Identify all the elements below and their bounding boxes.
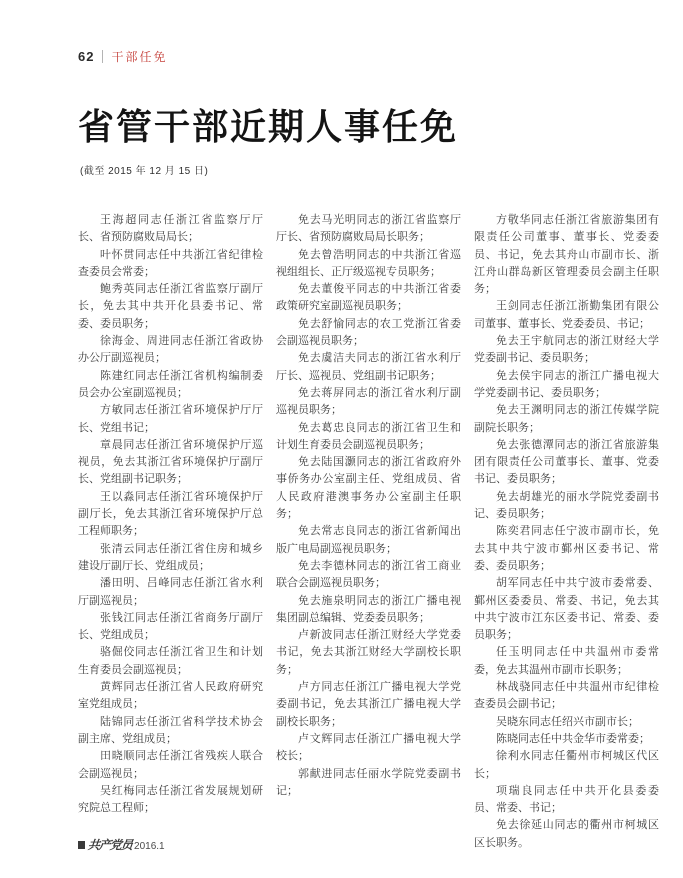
appointment-paragraph: 方敏同志任浙江省环境保护厅厅长、党组书记； — [78, 402, 263, 437]
appointment-paragraph: 章晨同志任浙江省环境保护厅巡视员，免去其浙江省环境保护厅副厅长、党组副书记职务； — [78, 437, 263, 489]
appointment-paragraph: 吴晓东同志任绍兴市副市长； — [474, 714, 659, 731]
appointment-paragraph: 陈建红同志任浙江省机构编制委员会办公室副巡视员； — [78, 368, 263, 403]
appointment-paragraph: 郭献进同志任丽水学院党委副书记； — [276, 766, 461, 801]
appointment-paragraph: 田晓顺同志任浙江省残疾人联合会副巡视员； — [78, 748, 263, 783]
appointment-paragraph: 方敬华同志任浙江省旅游集团有限责任公司董事、董事长、党委委员、书记，免去其舟山市… — [474, 212, 659, 298]
appointment-paragraph: 张清云同志任浙江省住房和城乡建设厅副厅长、党组成员； — [78, 541, 263, 576]
appointment-paragraph: 陆锦同志任浙江省科学技术协会副主席、党组成员； — [78, 714, 263, 749]
issue-number: 2016.1 — [134, 841, 165, 852]
appointment-paragraph: 免去陆国灏同志的浙江省政府外事侨务办公室副主任、党组成员、省人民政府港澳事务办公… — [276, 454, 461, 523]
appointment-paragraph: 林战骁同志任中共温州市纪律检查委员会副书记； — [474, 679, 659, 714]
appointment-paragraph: 免去张德潭同志的浙江省旅游集团有限责任公司董事长、董事、党委书记、委员职务； — [474, 437, 659, 489]
text-column-1: 王海超同志任浙江省监察厅厅长、省预防腐败局局长；叶怀贯同志任中共浙江省纪律检查委… — [78, 212, 263, 852]
appointment-paragraph: 陈奕君同志任宁波市副市长，免去其中共宁波市鄞州区委书记、常委、委员职务； — [474, 523, 659, 575]
magazine-name: 共产党员 — [87, 836, 133, 853]
article-title: 省管干部近期人事任免 — [78, 106, 458, 149]
appointment-paragraph: 免去葛忠良同志的浙江省卫生和计划生育委员会副巡视员职务； — [276, 420, 461, 455]
appointment-paragraph: 徐利水同志任衢州市柯城区代区长； — [474, 748, 659, 783]
appointment-paragraph: 卢文辉同志任浙江广播电视大学校长； — [276, 731, 461, 766]
appointment-paragraph: 免去舒愉同志的农工党浙江省委会副巡视员职务； — [276, 316, 461, 351]
section-label: 干部任免 — [111, 48, 167, 65]
appointment-paragraph: 骆倔佼同志任浙江省卫生和计划生育委员会副巡视员； — [78, 644, 263, 679]
appointment-paragraph: 吴红梅同志任浙江省发展规划研究院总工程师； — [78, 783, 263, 818]
header-divider — [102, 50, 103, 63]
appointment-paragraph: 徐海金、周进同志任浙江省政协办公厅副巡视员； — [78, 333, 263, 368]
magazine-logo-icon — [78, 841, 85, 849]
appointment-paragraph: 鲍秀英同志任浙江省监察厅副厅长，免去其中共开化县委书记、常委、委员职务； — [78, 281, 263, 333]
magazine-page: 62 干部任免 省管干部近期人事任免 (截至 2015 年 12 月 15 日)… — [0, 0, 683, 878]
appointment-paragraph: 免去董俊平同志的中共浙江省委政策研究室副巡视员职务； — [276, 281, 461, 316]
appointment-paragraph: 免去施泉明同志的浙江广播电视集团副总编辑、党委委员职务； — [276, 593, 461, 628]
appointment-paragraph: 免去胡雄光的丽水学院党委副书记、委员职务； — [474, 489, 659, 524]
appointment-paragraph: 免去王宇航同志的浙江财经大学党委副书记、委员职务； — [474, 333, 659, 368]
appointment-paragraph: 免去马光明同志的浙江省监察厅厅长、省预防腐败局局长职务； — [276, 212, 461, 247]
appointment-paragraph: 免去虞洁夫同志的浙江省水利厅厅长、巡视员、党组副书记职务； — [276, 350, 461, 385]
appointment-paragraph: 免去常志良同志的浙江省新闻出版广电局副巡视员职务； — [276, 523, 461, 558]
page-number: 62 — [78, 49, 94, 64]
appointment-paragraph: 项瑞良同志任中共开化县委委员、常委、书记； — [474, 783, 659, 818]
appointment-paragraph: 卢方同志任浙江广播电视大学党委副书记，免去其浙江广播电视大学副校长职务； — [276, 679, 461, 731]
appointment-paragraph: 黄辉同志任浙江省人民政府研究室党组成员； — [78, 679, 263, 714]
appointment-paragraph: 王以淼同志任浙江省环境保护厅副厅长，免去其浙江省环境保护厅总工程师职务； — [78, 489, 263, 541]
article-body: 王海超同志任浙江省监察厅厅长、省预防腐败局局长；叶怀贯同志任中共浙江省纪律检查委… — [78, 212, 658, 852]
page-footer: 共产党员 2016.1 — [78, 836, 165, 853]
appointment-paragraph: 免去李德林同志的浙江省工商业联合会副巡视员职务； — [276, 558, 461, 593]
appointment-paragraph: 王剑同志任浙江浙勤集团有限公司董事、董事长、党委委员、书记； — [474, 298, 659, 333]
appointment-paragraph: 任玉明同志任中共温州市委常委，免去其温州市副市长职务； — [474, 644, 659, 679]
appointment-paragraph: 陈晓同志任中共金华市委常委； — [474, 731, 659, 748]
text-column-3: 方敬华同志任浙江省旅游集团有限责任公司董事、董事长、党委委员、书记，免去其舟山市… — [474, 212, 659, 852]
article-subtitle: (截至 2015 年 12 月 15 日) — [80, 162, 208, 177]
appointment-paragraph: 王海超同志任浙江省监察厅厅长、省预防腐败局局长； — [78, 212, 263, 247]
appointment-paragraph: 叶怀贯同志任中共浙江省纪律检查委员会常委； — [78, 247, 263, 282]
appointment-paragraph: 免去蒋屏同志的浙江省水利厅副巡视员职务； — [276, 385, 461, 420]
appointment-paragraph: 免去侯宇同志的浙江广播电视大学党委副书记、委员职务； — [474, 368, 659, 403]
appointment-paragraph: 潘田明、吕峰同志任浙江省水利厅副巡视员； — [78, 575, 263, 610]
appointment-paragraph: 免去王渊明同志的浙江传媒学院副院长职务； — [474, 402, 659, 437]
running-head: 62 干部任免 — [78, 48, 167, 65]
appointment-paragraph: 胡军同志任中共宁波市委常委、鄞州区委委员、常委、书记，免去其中共宁波市江东区委书… — [474, 575, 659, 644]
appointment-paragraph: 卢新波同志任浙江财经大学党委书记，免去其浙江财经大学副校长职务； — [276, 627, 461, 679]
appointment-paragraph: 免去曾浩明同志的中共浙江省巡视组组长、正厅级巡视专员职务； — [276, 247, 461, 282]
appointment-paragraph: 张钱江同志任浙江省商务厅副厅长、党组成员； — [78, 610, 263, 645]
text-column-2: 免去马光明同志的浙江省监察厅厅长、省预防腐败局局长职务；免去曾浩明同志的中共浙江… — [276, 212, 461, 852]
appointment-paragraph: 免去徐延山同志的衢州市柯城区区长职务。 — [474, 817, 659, 852]
